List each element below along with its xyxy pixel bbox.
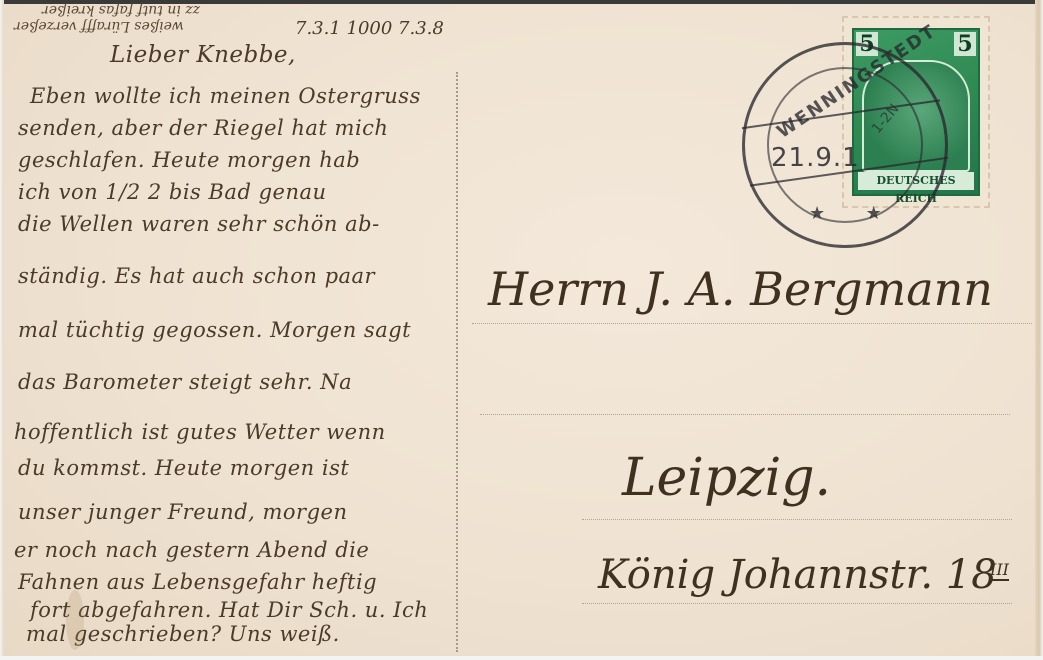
message-line: geschlafen. Heute morgen hab [18,148,360,172]
message-line: die Wellen waren sehr schön ab- [18,212,380,236]
address-line-3 [582,519,1012,520]
postcard: zz in tutf fafas kreißer weißes Lürafff … [0,0,1043,660]
address-line-4 [582,603,1012,604]
address-recipient: Herrn J. A. Bergmann [488,262,993,316]
message-line: er noch nach gestern Abend die [14,538,369,562]
header-numbers: 7.3.1 1000 7.3.8 [295,18,444,39]
card-right-edge [1035,0,1043,660]
center-divider [456,72,458,652]
message-line: ich von 1/2 2 bis Bad genau [18,180,327,204]
stamp-value-right: 5 [954,32,976,56]
greeting: Lieber Knebbe, [110,42,296,68]
message-line: ständig. Es hat auch schon paar [18,264,375,288]
address-line-2 [480,414,1010,415]
message-line: senden, aber der Riegel hat mich [18,116,388,140]
postmark: WENNINGSTEDT 21.9.1 1-2N ★ ★ [742,42,948,248]
address-line-1 [472,323,1032,324]
postmark-date: 21.9.1 [771,143,860,173]
address-floor: III [990,560,1009,581]
address-street: König Johannstr. 18 [598,552,997,598]
message-line: unser junger Freund, morgen [18,500,347,524]
card-bottom-edge [0,656,1043,660]
upside-down-note-line-1: zz in tutf fafas kreißer [42,2,200,18]
upside-down-note-line-2: weißes Lürafff verzeßer [14,18,184,34]
address-city: Leipzig. [622,448,831,508]
message-line: mal tüchtig gegossen. Morgen sagt [18,318,411,342]
card-left-edge [0,0,4,660]
ink-stain [66,590,84,650]
message-line: Eben wollte ich meinen Ostergruss [30,84,421,108]
message-line: das Barometer steigt sehr. Na [18,370,352,394]
message-line: hoffentlich ist gutes Wetter wenn [14,420,386,444]
message-line: du kommst. Heute morgen ist [18,456,349,480]
message-line: fort abgefahren. Hat Dir Sch. u. Ich [30,598,428,622]
postmark-stars-icon: ★ ★ [809,203,900,224]
